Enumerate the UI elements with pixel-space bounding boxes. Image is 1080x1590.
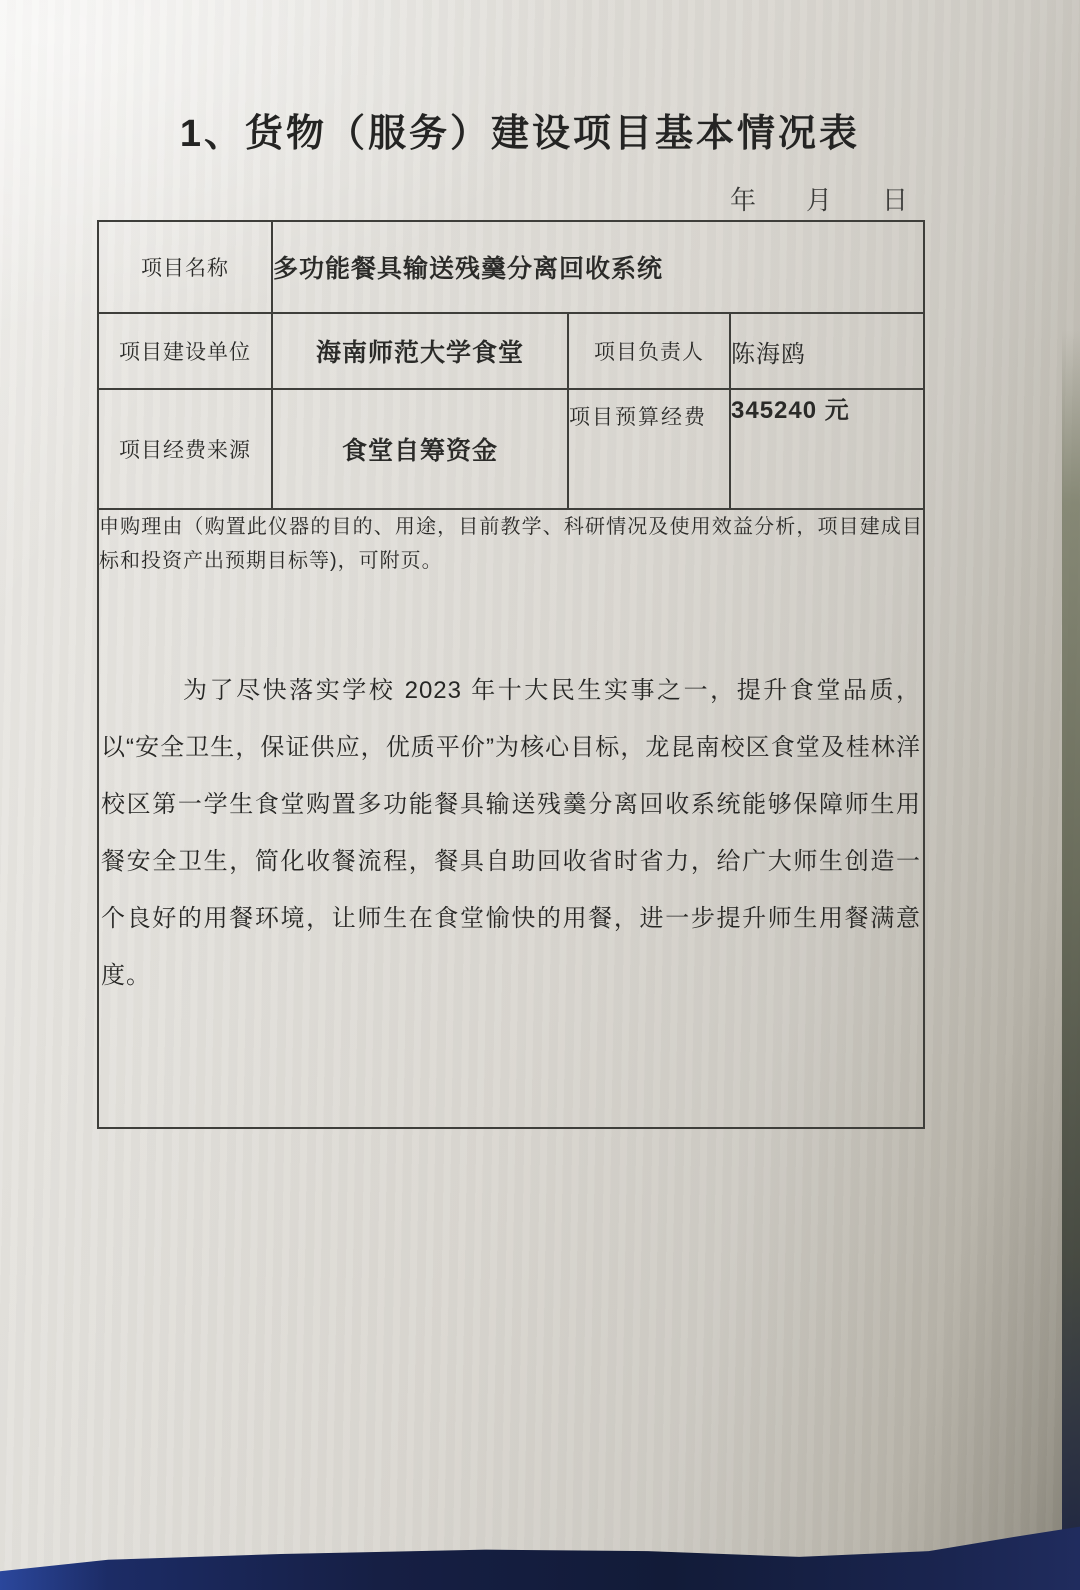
fund-source-label: 项目经费来源 [98,389,272,509]
budget-label: 项目预算经费 [568,389,730,509]
budget-value: 345240 元 [730,389,924,509]
date-line: 年 月 日 [730,180,908,217]
project-info-table: 项目名称 多功能餐具输送残羹分离回收系统 项目建设单位 海南师范大学食堂 项目负… [97,220,925,1129]
table-row-project-name: 项目名称 多功能餐具输送残羹分离回收系统 [98,221,924,313]
photographed-document: 1、货物（服务）建设项目基本情况表 年 月 日 项目名称 多功能餐具输送残羹分离… [0,0,1080,1590]
reason-cell: 申购理由（购置此仪器的目的、用途，目前教学、科研情况及使用效益分析，项目建成目标… [98,509,924,1128]
project-name-value: 多功能餐具输送残羹分离回收系统 [272,221,924,313]
paper-sheet: 1、货物（服务）建设项目基本情况表 年 月 日 项目名称 多功能餐具输送残羹分离… [0,0,1080,1590]
build-unit-value: 海南师范大学食堂 [272,313,568,389]
page-title: 1、货物（服务）建设项目基本情况表 [120,102,920,157]
fund-source-value: 食堂自筹资金 [272,389,568,509]
project-name-label: 项目名称 [98,221,272,313]
table-row-reason: 申购理由（购置此仪器的目的、用途，目前教学、科研情况及使用效益分析，项目建成目标… [98,509,924,1128]
build-unit-label: 项目建设单位 [98,313,272,389]
leader-value: 陈海鸥 [730,313,924,389]
reason-body-text: 为了尽快落实学校 2023 年十大民生实事之一，提升食堂品质，以“安全卫生，保证… [101,662,921,1004]
date-month-label: 月 [806,180,832,217]
leader-label: 项目负责人 [568,313,730,389]
table-row-funding: 项目经费来源 食堂自筹资金 项目预算经费 345240 元 [98,389,924,509]
date-day-label: 日 [882,180,908,217]
table-row-build-unit: 项目建设单位 海南师范大学食堂 项目负责人 陈海鸥 [98,313,924,389]
date-year-label: 年 [730,180,756,217]
reason-header-text: 申购理由（购置此仪器的目的、用途，目前教学、科研情况及使用效益分析，项目建成目标… [99,510,923,578]
